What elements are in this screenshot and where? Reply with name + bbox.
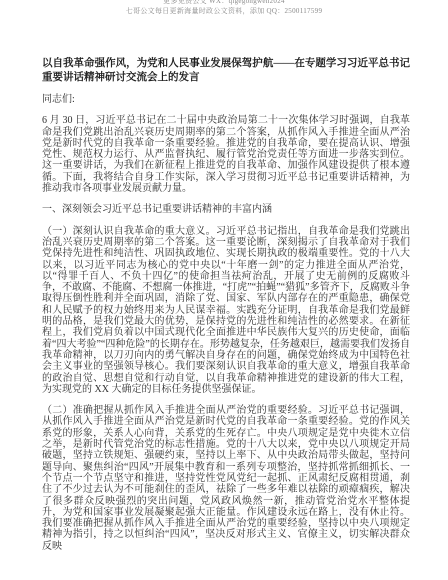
document-body: 以自我革命强作风，为党和人民事业发展保驾护航——在专题学习习近平总书记重要讲话精…: [42, 57, 410, 552]
document-page: 更多免费公文 WX：qigegongwen2024 七哥公文每日更新海量时政公文…: [0, 0, 448, 580]
paragraph-section1-item2: （二）准确把握从抓作风入手推进全面从严治党的重要经验。习近平总书记强调，从抓作风…: [42, 405, 410, 552]
section-heading-1: 一、深刻领会习近平总书记重要讲话精神的丰富内涵: [42, 204, 410, 215]
document-header: 更多免费公文 WX：qigegongwen2024 七哥公文每日更新海量时政公文…: [0, 0, 448, 16]
document-title: 以自我革命强作风，为党和人民事业发展保驾护航——在专题学习习近平总书记重要讲话精…: [42, 57, 410, 85]
paragraph-intro: 6 月 30 日，习近平总书记在二十届中央政治局第二十一次集体学习时强调，自我革…: [42, 115, 410, 194]
paragraph-section1-item1: （一）深刻认识自我革命的重大意义。习近平总书记指出，自我革命是我们党跳出治乱兴衰…: [42, 226, 410, 395]
header-watermark-line-2: 七哥公文每日更新海量时政公文资料，添加 QQ：2500117599: [0, 6, 448, 16]
salutation: 同志们:: [42, 94, 410, 105]
